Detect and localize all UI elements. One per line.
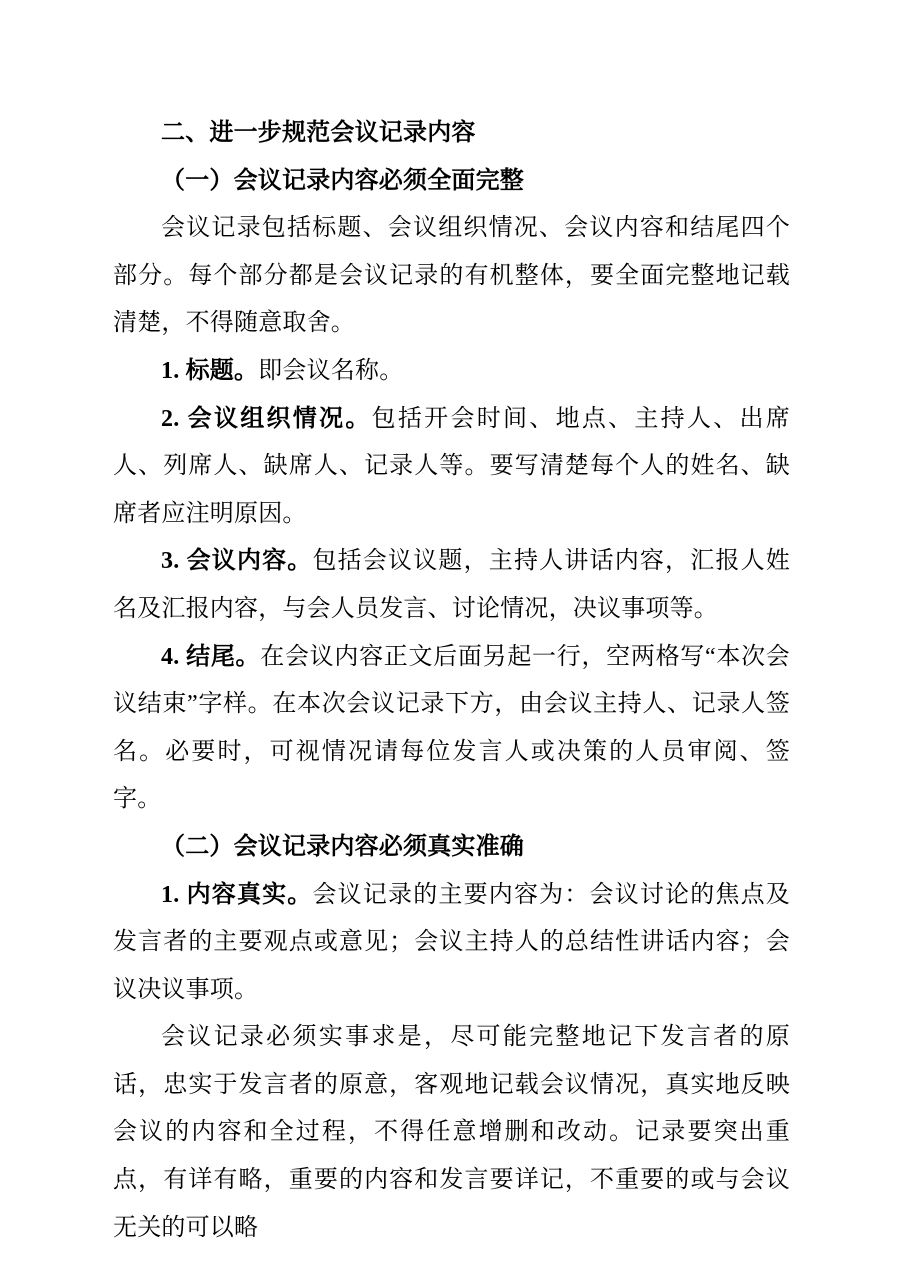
document-body: 二、进一步规范会议记录内容 （一）会议记录内容必须全面完整 会议记录包括标题、会… [113,110,790,1252]
paragraph-lead: 4. 结尾。 [161,644,260,670]
paragraph-text: 会议记录必须实事求是，尽可能完整地记下发言者的原话，忠实于发言者的原意，客观地记… [113,1024,790,1240]
heading-text: （二）会议记录内容必须真实准确 [161,834,524,860]
heading-text: （一）会议记录内容必须全面完整 [161,168,524,194]
paragraph: 会议记录必须实事求是，尽可能完整地记下发言者的原话，忠实于发言者的原意，客观地记… [113,1014,790,1252]
paragraph: 1. 标题。即会议名称。 [113,348,790,396]
subsection-heading: （二）会议记录内容必须真实准确 [113,824,790,872]
paragraph: 1. 内容真实。会议记录的主要内容为：会议讨论的焦点及发言者的主要观点或意见；会… [113,872,790,1015]
paragraph-text: 会议记录包括标题、会议组织情况、会议内容和结尾四个部分。每个部分都是会议记录的有… [113,215,790,336]
paragraph-lead: 1. 内容真实。 [161,882,313,908]
paragraph-lead: 1. 标题。 [161,358,258,384]
paragraph-lead: 2. 会议组织情况。 [161,406,372,432]
document-page: 二、进一步规范会议记录内容 （一）会议记录内容必须全面完整 会议记录包括标题、会… [0,0,900,1272]
paragraph: 3. 会议内容。包括会议议题，主持人讲话内容，汇报人姓名及汇报内容，与会人员发言… [113,538,790,633]
paragraph-text: 即会议名称。 [258,358,403,384]
section-heading: 二、进一步规范会议记录内容 [113,110,790,158]
heading-text: 二、进一步规范会议记录内容 [161,120,476,146]
subsection-heading: （一）会议记录内容必须全面完整 [113,158,790,206]
paragraph: 2. 会议组织情况。包括开会时间、地点、主持人、出席人、列席人、缺席人、记录人等… [113,396,790,539]
paragraph: 会议记录包括标题、会议组织情况、会议内容和结尾四个部分。每个部分都是会议记录的有… [113,205,790,348]
paragraph: 4. 结尾。在会议内容正文后面另起一行，空两格写“本次会议结束”字样。在本次会议… [113,634,790,824]
paragraph-lead: 3. 会议内容。 [161,548,313,574]
